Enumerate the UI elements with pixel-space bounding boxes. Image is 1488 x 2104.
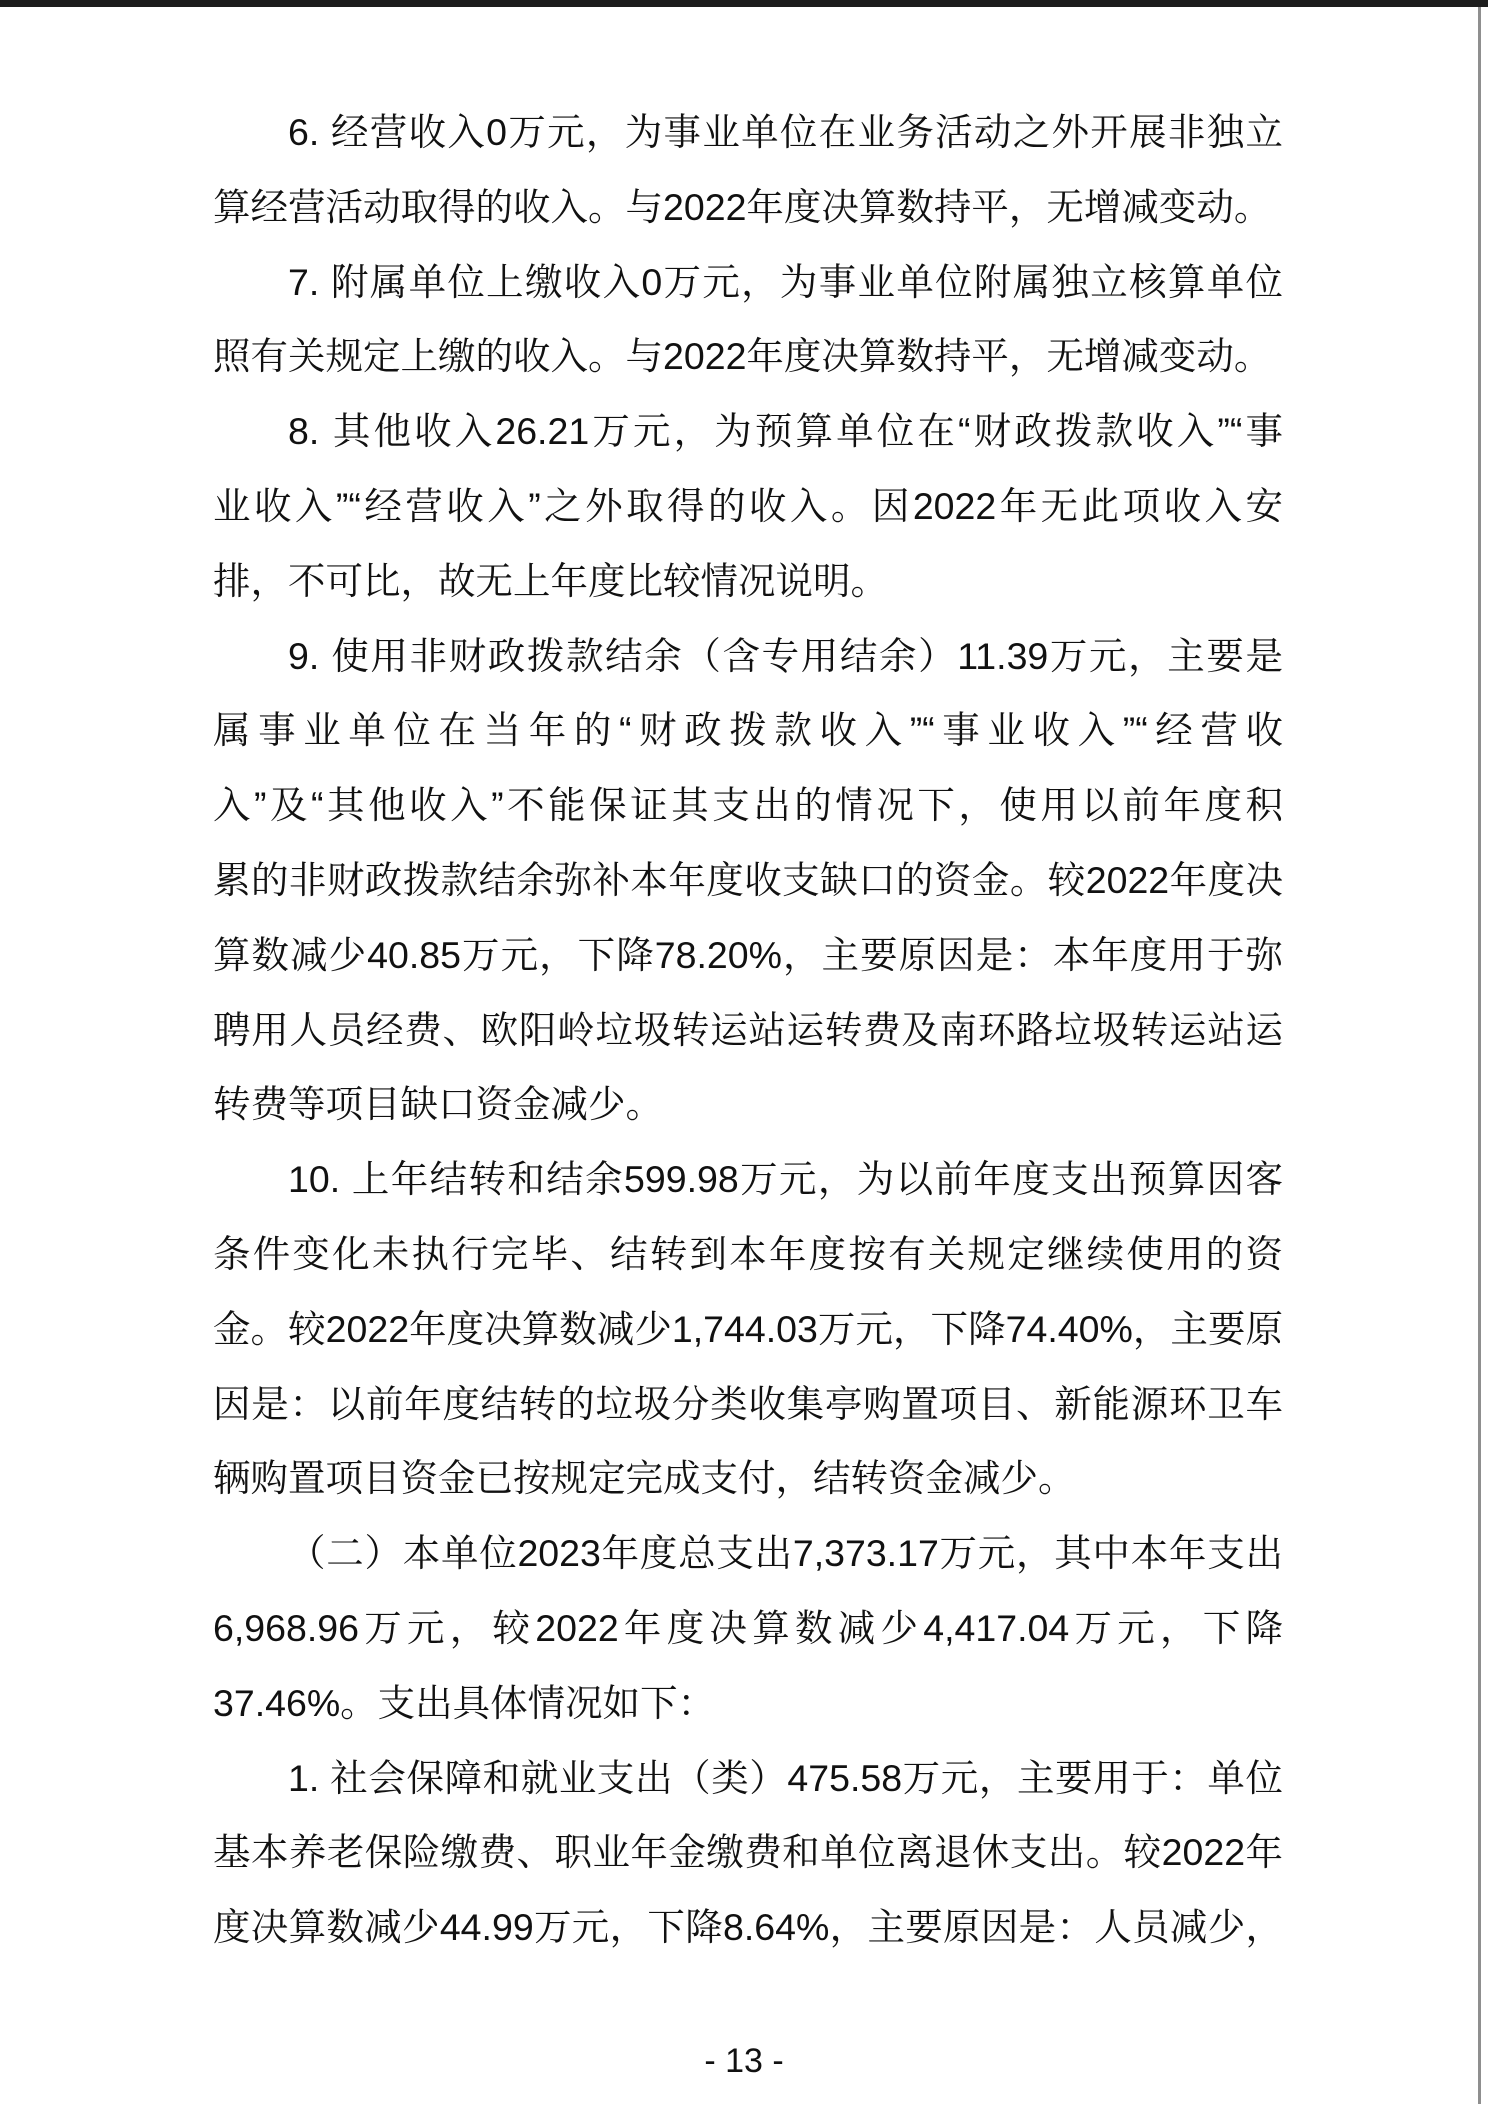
body-line: 属事业单位在当年的“财政拨款收入”“事业收入”“经营收 [213, 693, 1283, 768]
body-line: 8. 其他收入26.21万元，为预算单位在“财政拨款收入”“事 [213, 394, 1283, 469]
scan-artifact-top-bar [0, 0, 1488, 7]
body-line: 9. 使用非财政拨款结余（含专用结余）11.39万元，主要是所 [213, 619, 1283, 694]
page-number: - 13 - [0, 2036, 1488, 2086]
body-line: 6,968.96万元，较2022年度决算数减少4,417.04万元，下降 [213, 1591, 1283, 1666]
body-line: 辆购置项目资金已按规定完成支付，结转资金减少。 [213, 1441, 1283, 1516]
body-line: 10. 上年结转和结余599.98万元，为以前年度支出预算因客观 [213, 1142, 1283, 1217]
body-line: 排，不可比，故无上年度比较情况说明。 [213, 544, 1283, 619]
document-page: 6. 经营收入0万元，为事业单位在业务活动之外开展非独立核 算经营活动取得的收入… [0, 0, 1488, 2104]
body-line: 业收入”“经营收入”之外取得的收入。因2022年无此项收入安 [213, 469, 1283, 544]
body-line: （二）本单位2023年度总支出7,373.17万元，其中本年支出 [213, 1516, 1283, 1591]
body-line: 累的非财政拨款结余弥补本年度收支缺口的资金。较2022年度决 [213, 843, 1283, 918]
body-line: 算数减少40.85万元，下降78.20%，主要原因是：本年度用于弥补 [213, 918, 1283, 993]
body-line: 基本养老保险缴费、职业年金缴费和单位离退休支出。较2022年 [213, 1815, 1283, 1890]
scan-artifact-right-edge-line [1478, 7, 1481, 2104]
body-line: 入”及“其他收入”不能保证其支出的情况下，使用以前年度积 [213, 768, 1283, 843]
body-line: 算经营活动取得的收入。与2022年度决算数持平，无增减变动。 [213, 170, 1283, 245]
body-line: 金。较2022年度决算数减少1,744.03万元，下降74.40%，主要原 [213, 1292, 1283, 1367]
body-line: 转费等项目缺口资金减少。 [213, 1067, 1283, 1142]
body-line: 7. 附属单位上缴收入0万元，为事业单位附属独立核算单位按 [213, 245, 1283, 320]
body-line: 照有关规定上缴的收入。与2022年度决算数持平，无增减变动。 [213, 319, 1283, 394]
body-text-block: 6. 经营收入0万元，为事业单位在业务活动之外开展非独立核 算经营活动取得的收入… [213, 95, 1283, 1965]
body-line: 因是：以前年度结转的垃圾分类收集亭购置项目、新能源环卫车 [213, 1367, 1283, 1442]
body-line: 聘用人员经费、欧阳岭垃圾转运站运转费及南环路垃圾转运站运 [213, 993, 1283, 1068]
body-line: 37.46%。支出具体情况如下： [213, 1666, 1283, 1741]
body-line: 度决算数减少44.99万元，下降8.64%，主要原因是：人员减少， [213, 1890, 1283, 1965]
body-line: 6. 经营收入0万元，为事业单位在业务活动之外开展非独立核 [213, 95, 1283, 170]
body-line: 1. 社会保障和就业支出（类）475.58万元，主要用于：单位 [213, 1741, 1283, 1816]
body-line: 条件变化未执行完毕、结转到本年度按有关规定继续使用的资 [213, 1217, 1283, 1292]
